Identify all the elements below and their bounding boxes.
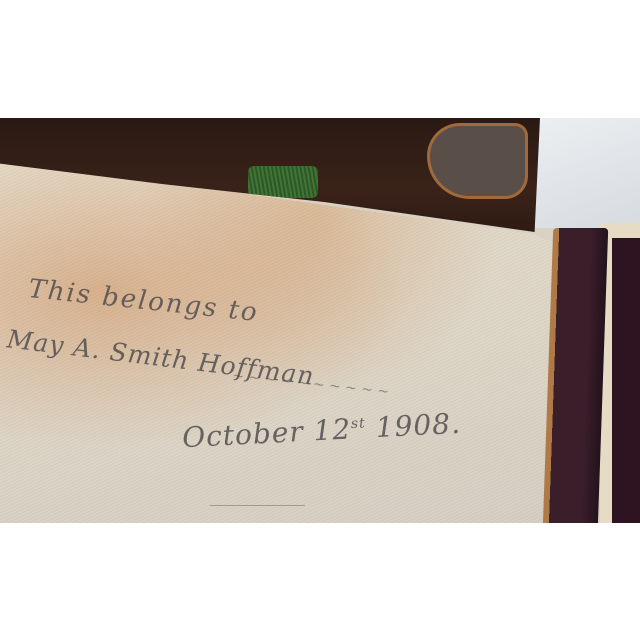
right-cover-edge <box>612 238 640 523</box>
date-year: 1908. <box>375 407 462 444</box>
worn-leather-patch <box>430 126 525 196</box>
background-surface <box>528 118 640 228</box>
book-photo: This belongs to May A. Smith Hoffman ~ ~… <box>0 118 640 523</box>
date-suffix: st <box>350 415 366 432</box>
green-thread-tuft <box>248 166 318 198</box>
pencil-stroke <box>210 505 305 506</box>
leather-spine <box>543 228 608 523</box>
